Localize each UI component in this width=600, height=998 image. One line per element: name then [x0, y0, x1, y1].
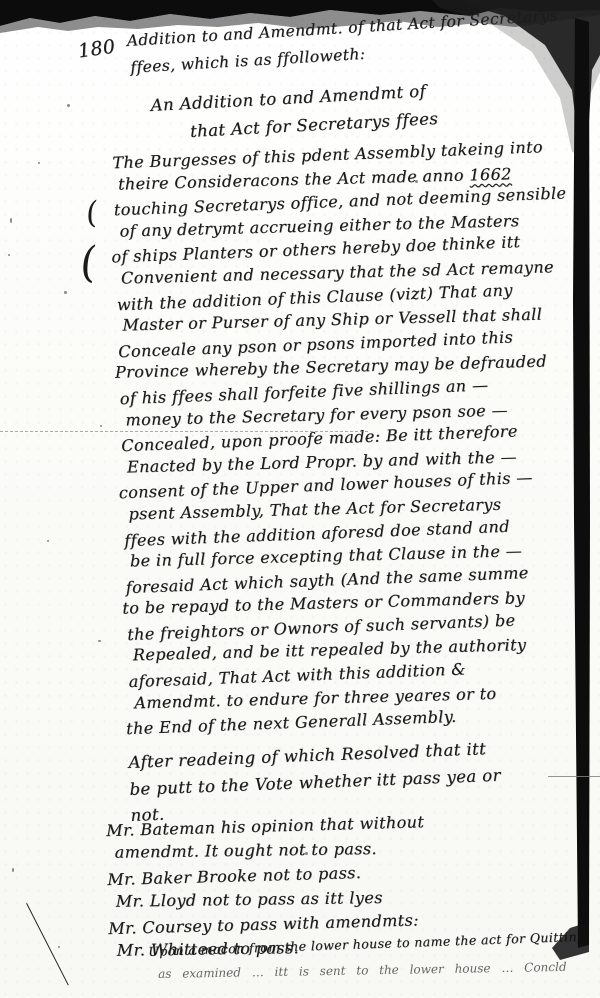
paper-speck [67, 104, 70, 107]
paper-speck [100, 425, 102, 427]
paper-speck [10, 218, 12, 223]
paper-speck [305, 852, 308, 855]
heading-block: Addition to and Amendmt. of that Act for… [126, 2, 560, 82]
paper-speck [12, 868, 14, 872]
footer-faint-line: as examined … itt is sent to the lower h… [158, 960, 567, 981]
margin-paren-mark: ( [84, 195, 100, 231]
margin-paren-mark: ( [77, 237, 98, 287]
body-paragraph: The Burgesses of this pdent Assembly tak… [112, 136, 583, 740]
paper-speck [98, 640, 101, 642]
manuscript-scan-page: 180 Addition to and Amendmt. of that Act… [0, 0, 600, 998]
subheading-block: An Addition to and Amendmt of that Act f… [150, 77, 439, 148]
paper-fold-line [0, 431, 368, 432]
paper-speck [415, 180, 418, 183]
paper-speck [58, 946, 60, 948]
underlined-year: 1662 [469, 164, 512, 184]
page-edge-line [548, 776, 600, 777]
paper-speck [38, 162, 40, 164]
paper-speck [47, 540, 49, 542]
scratch-mark [26, 903, 69, 985]
binding-gutter-band [573, 18, 590, 948]
paper-speck [64, 291, 67, 294]
page-number: 180 [77, 35, 117, 62]
paper-speck [8, 254, 10, 256]
